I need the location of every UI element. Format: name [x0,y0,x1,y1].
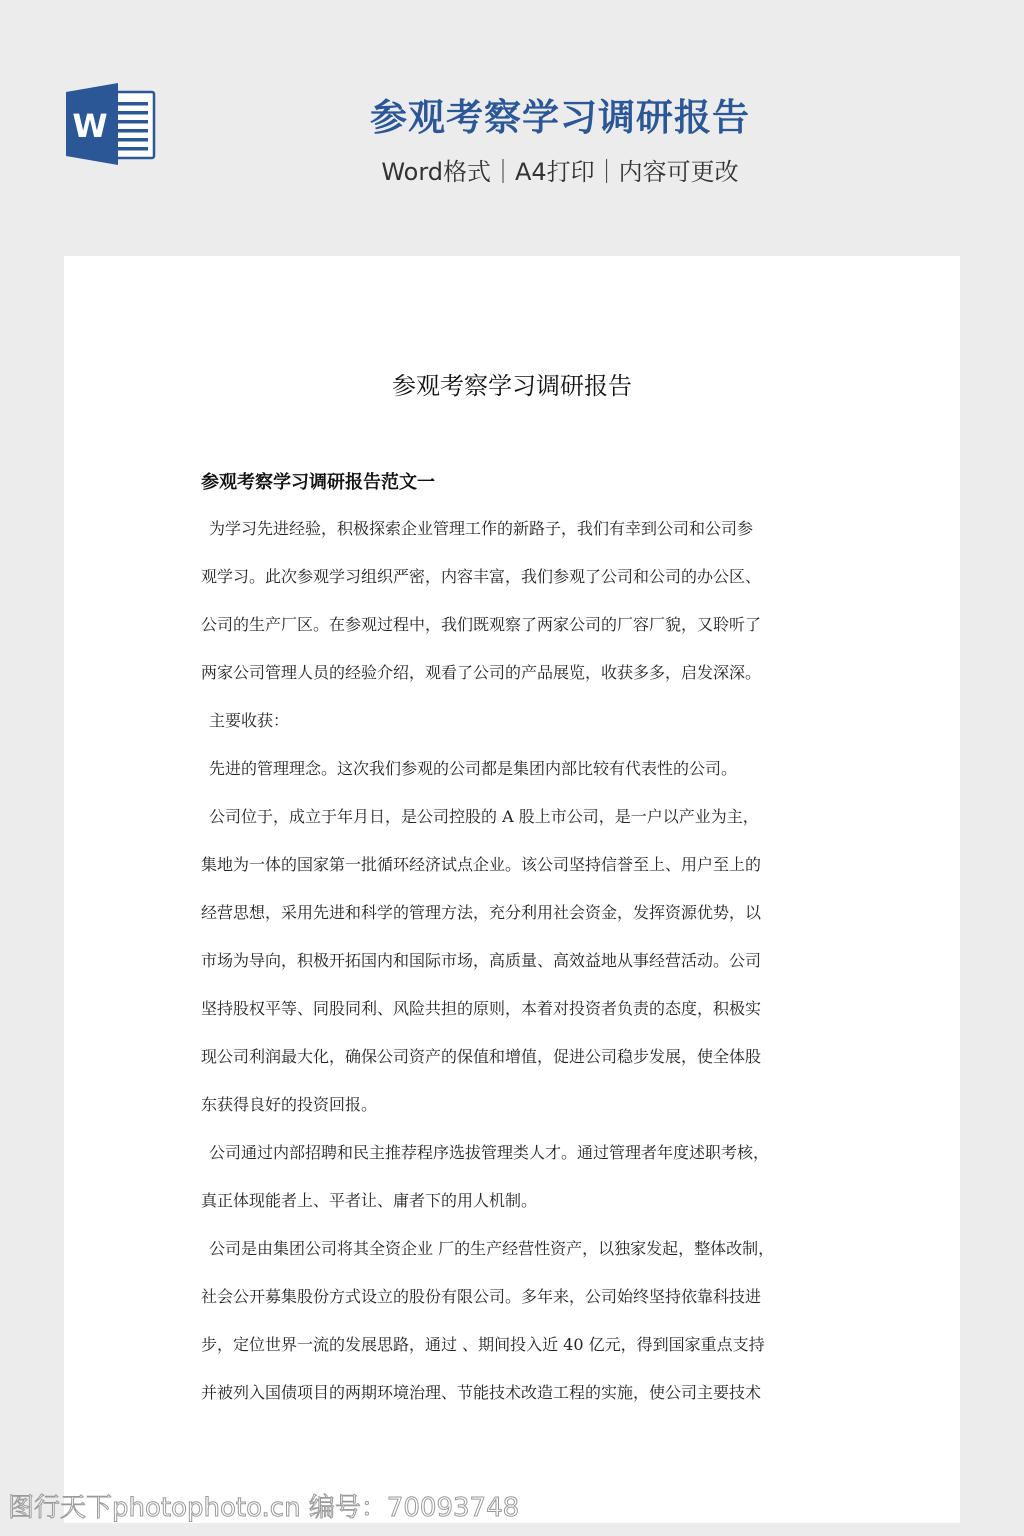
body-text-line: 公司位于，成立于年月日，是公司控股的 A 股上市公司，是一户以产业为主， [201,800,825,848]
body-text-line: 公司是由集团公司将其全资企业 厂的生产经营性资产，以独家发起，整体改制， [201,1232,825,1280]
header-title: 参观考察学习调研报告 [340,90,780,146]
body-text-line: 并被列入国债项目的两期环境治理、节能技术改造工程的实施，使公司主要技术 [201,1376,825,1424]
body-text-line: 两家公司管理人员的经验介绍，观看了公司的产品展览，收获多多，启发深深。 [201,656,825,704]
document-title: 参观考察学习调研报告 [64,366,960,406]
body-text-line: 为学习先进经验，积极探索企业管理工作的新路子，我们有幸到公司和公司参 [201,512,825,560]
body-text-line: 公司通过内部招聘和民主推荐程序选拔管理类人才。通过管理者年度述职考核， [201,1136,825,1184]
document-body: 为学习先进经验，积极探索企业管理工作的新路子，我们有幸到公司和公司参观学习。此次… [201,512,825,1424]
document-page: 参观考察学习调研报告 参观考察学习调研报告范文一 为学习先进经验，积极探索企业管… [64,256,960,1523]
body-text-line: 市场为导向，积极开拓国内和国际市场，高质量、高效益地从事经营活动。公司 [201,944,825,992]
body-text-line: 东获得良好的投资回报。 [201,1088,825,1136]
watermark-text: 图行天下photophoto.cn 编号：70093748 [8,1490,519,1526]
body-text-line: 公司的生产厂区。在参观过程中，我们既观察了两家公司的厂容厂貌，又聆听了 [201,608,825,656]
body-text-line: 经营思想，采用先进和科学的管理方法，充分利用社会资金，发挥资源优势，以 [201,896,825,944]
body-text-line: 社会公开募集股份方式设立的股份有限公司。多年来，公司始终坚持依靠科技进 [201,1280,825,1328]
body-text-line: 先进的管理理念。这次我们参观的公司都是集团内部比较有代表性的公司。 [201,752,825,800]
header-subtitle: Word格式｜A4打印｜内容可更改 [340,152,780,192]
body-text-line: 集地为一体的国家第一批循环经济试点企业。该公司坚持信誉至上、用户至上的 [201,848,825,896]
body-text-line: 坚持股权平等、同股同利、风险共担的原则，本着对投资者负责的态度，积极实 [201,992,825,1040]
svg-text:W: W [72,107,107,145]
body-text-line: 步，定位世界一流的发展思路，通过 、期间投入近 40 亿元，得到国家重点支持 [201,1328,825,1376]
body-text-line: 主要收获： [201,704,825,752]
body-text-line: 观学习。此次参观学习组织严密，内容丰富，我们参观了公司和公司的办公区、 [201,560,825,608]
word-document-icon: W [64,82,156,166]
body-text-line: 现公司利润最大化，确保公司资产的保值和增值，促进公司稳步发展，使全体股 [201,1040,825,1088]
body-text-line: 真正体现能者上、平者让、庸者下的用人机制。 [201,1184,825,1232]
section-heading: 参观考察学习调研报告范文一 [201,466,435,500]
